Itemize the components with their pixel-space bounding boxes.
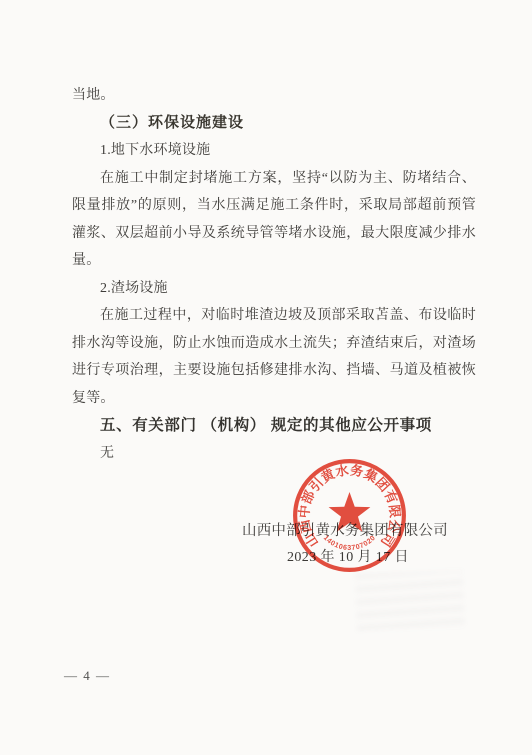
document-page: 当地。（三）环保设施建设1.地下水环境设施在施工中制定封堵施工方案，坚持“以防为… [0, 0, 532, 755]
text-line: 五、有关部门 （机构） 规定的其他应公开事项 [72, 412, 476, 440]
text-line: 无 [72, 440, 476, 468]
text-line: 在施工过程中，对临时堆渣边坡及顶部采取苫盖、布设临时 [72, 302, 476, 330]
company-seal-stamp: 山西中部引黄水务集团有限公司 1401063707020 [292, 458, 407, 573]
text-line: 1.地下水环境设施 [72, 137, 476, 165]
page-number: — 4 — [64, 668, 111, 684]
text-line: 灌浆、双层超前小导及系统导管等堵水设施，最大限度减少排水 [72, 220, 476, 248]
text-line: 复等。 [72, 385, 476, 413]
text-line: （三）环保设施建设 [72, 110, 476, 138]
star-icon [329, 492, 371, 532]
text-line: 2.渣场设施 [72, 275, 476, 303]
text-line: 排水沟等设施，防止水蚀而造成水土流失；弃渣结束后，对渣场 [72, 330, 476, 358]
document-body: 当地。（三）环保设施建设1.地下水环境设施在施工中制定封堵施工方案，坚持“以防为… [72, 82, 476, 467]
seal-code-text: 1401063707020 [322, 534, 377, 552]
text-line: 量。 [72, 247, 476, 275]
text-line: 限量排放”的原则，当水压满足施工条件时，采取局部超前预管 [72, 192, 476, 220]
text-line: 进行专项治理，主要设施包括修建排水沟、挡墙、马道及植被恢 [72, 357, 476, 385]
ink-bleed-smudge [355, 570, 465, 632]
text-line: 当地。 [72, 82, 476, 110]
text-line: 在施工中制定封堵施工方案，坚持“以防为主、防堵结合、 [72, 165, 476, 193]
